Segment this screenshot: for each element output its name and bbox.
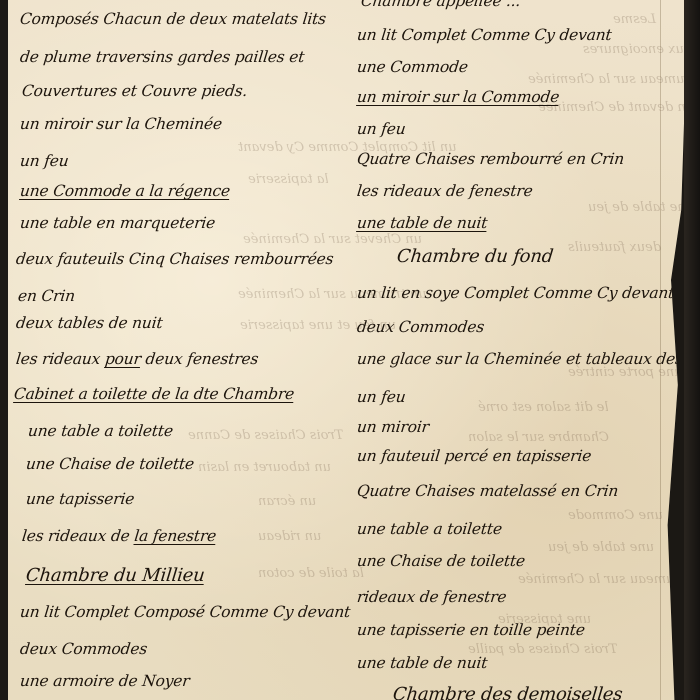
inventory-line: les rideaux de fenestre	[356, 182, 534, 200]
bleed-through-text: un écran	[258, 494, 316, 509]
inventory-line: une Chaise de toilette	[356, 552, 526, 570]
inventory-line: un lit Complet Comme Cy devant	[356, 26, 613, 44]
inventory-line: un feu	[356, 120, 406, 138]
inventory-text: les rideaux	[15, 350, 106, 368]
inventory-line: en Crin	[17, 287, 76, 305]
bleed-through-text: le dit salon est orné	[478, 400, 609, 415]
room-heading: Chambre du Millieu	[25, 565, 206, 586]
inventory-line: un miroir sur la Cheminée	[19, 115, 223, 133]
inventory-line: rideaux de fenestre	[356, 588, 507, 606]
inventory-text: deux fenestres	[140, 350, 259, 368]
inventory-line: une tapisserie en toille peinte	[356, 621, 586, 639]
bleed-through-text: deux fauteuils	[568, 240, 661, 255]
inventory-line: un miroir sur la Commode	[356, 88, 560, 106]
room-heading: Chambre des demoiselles	[392, 684, 624, 700]
inventory-line: une table de nuit	[356, 214, 488, 232]
page-shadow-edge	[684, 0, 700, 700]
inventory-line: les rideaux pour deux fenestres	[15, 350, 259, 368]
inventory-line: une Commode	[356, 58, 469, 76]
inventory-line: Quatre Chaises rembourré en Crin	[356, 150, 625, 168]
underlined-text: la fenestre	[133, 527, 217, 545]
bleed-through-text: Trois Chaises de Canne	[188, 428, 343, 443]
inventory-line: une Commode a la régence	[19, 182, 231, 200]
bleed-through-text: un tabouret en lasin	[198, 460, 331, 475]
inventory-line: les rideaux de la fenestre	[21, 527, 217, 545]
inventory-line: une table a toilette	[356, 520, 503, 538]
inventory-line: une armoire de Noyer	[19, 672, 190, 690]
underlined-text: pour	[104, 350, 142, 368]
bleed-through-text: deux encoignures	[583, 42, 700, 57]
inventory-line: une table en marqueterie	[19, 214, 216, 232]
inventory-line: un lit Complet Composé Comme Cy devant	[19, 603, 351, 621]
inventory-line: un fauteuil percé en tapisserie	[356, 447, 592, 465]
bleed-through-text: une Commode	[568, 508, 663, 523]
inventory-line: deux Commodes	[356, 318, 485, 336]
section-subheading: Cabinet a toilette de la dte Chambre	[13, 385, 295, 403]
inventory-line: une Chaise de toilette	[25, 455, 195, 473]
bleed-through-text: une table de jeu	[588, 200, 694, 215]
inventory-line: une table de nuit	[356, 654, 488, 672]
bleed-through-text: la toile de coton	[258, 566, 364, 581]
inventory-line: de plume traversins gardes pailles et	[19, 48, 305, 66]
inventory-line: Quatre Chaises matelassé en Crin	[356, 482, 619, 500]
inventory-line: Composés Chacun de deux matelats lits	[19, 10, 327, 28]
bleed-through-text: une table de jeu	[548, 540, 654, 555]
bleed-through-text: un trumeau sur la Cheminée	[518, 572, 700, 587]
bleed-through-text: Chambre sur le salon	[468, 430, 609, 445]
inventory-line: une tapisserie	[25, 490, 135, 508]
inventory-line: un feu	[19, 152, 69, 170]
inventory-text: les rideaux de	[21, 527, 135, 545]
inventory-line: Couvertures et Couvre pieds.	[21, 82, 248, 100]
bleed-through-text: un Chevet sur la Cheminée	[243, 232, 422, 247]
bleed-through-text: la tapisserie	[248, 172, 329, 187]
room-heading: Chambre du fond	[396, 246, 554, 267]
inventory-line: un feu	[356, 388, 406, 406]
bleed-through-text: un trumeau sur la Cheminée	[528, 72, 700, 87]
bleed-through-text: un rideau	[258, 529, 321, 544]
inventory-line: une table a toilette	[27, 422, 174, 440]
manuscript-page: un lit Complet Comme Cy devant la tapiss…	[8, 0, 688, 700]
inventory-line: un lit en soye Complet Comme Cy devant	[356, 284, 675, 302]
bleed-through-text: un devant de Cheminée	[538, 100, 694, 115]
inventory-line: deux Commodes	[19, 640, 148, 658]
bleed-through-text: Lesme	[613, 12, 656, 27]
inventory-line: un miroir	[356, 418, 430, 436]
binding-edge	[0, 0, 8, 700]
inventory-line: une glace sur la Cheminée et tableaux de…	[356, 350, 700, 368]
inventory-line: deux tables de nuit	[15, 314, 163, 332]
bleed-through-text: Trois Chaises de paille	[468, 642, 617, 657]
room-heading: Chambre appellée ...	[360, 0, 521, 10]
inventory-line: deux fauteuils Cinq Chaises rembourrées	[15, 250, 334, 268]
